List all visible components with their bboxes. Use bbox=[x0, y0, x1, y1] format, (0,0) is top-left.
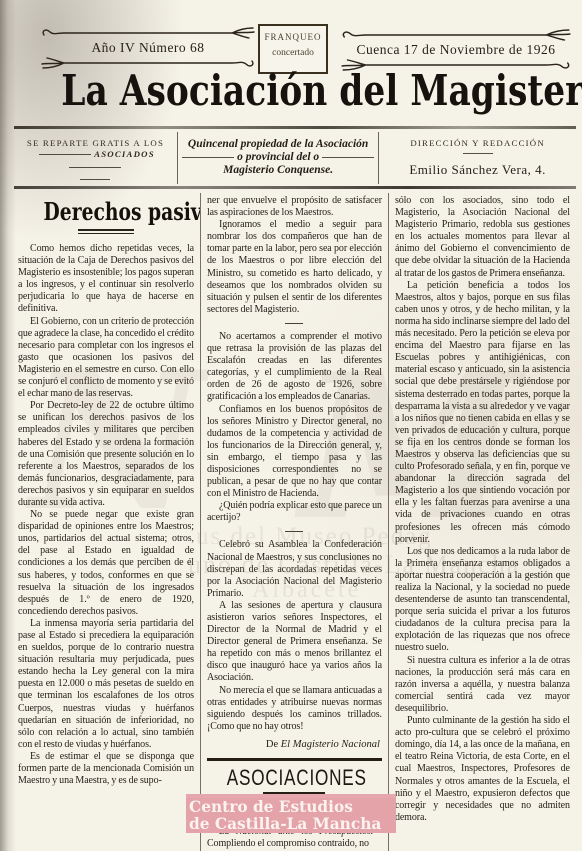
subtitle-line-1: Quincenal propiedad de la Asociación bbox=[178, 138, 378, 151]
decorative-dash bbox=[182, 157, 234, 158]
direction-box: DIRECCIÓN Y REDACCIÓN Emilio Sánchez Ver… bbox=[379, 132, 576, 184]
newspaper-title: La Asociación del Magisterio bbox=[61, 66, 582, 115]
article-paragraph: No acertamos a comprender el motivo que … bbox=[207, 331, 382, 404]
article-paragraph: Punto culminante de la gestión ha sido e… bbox=[395, 715, 570, 824]
flourish-ornament-icon bbox=[340, 28, 572, 41]
decorative-rule bbox=[80, 179, 110, 180]
newspaper-page: Año IV Número 68 FRANQUEO concertado Cue… bbox=[0, 0, 582, 851]
issue-box: Año IV Número 68 bbox=[40, 26, 256, 70]
franking-line-2: concertado bbox=[260, 48, 326, 58]
asociaciones-heading: ASOCIACIONES bbox=[207, 765, 382, 791]
signature-prefix: De bbox=[266, 739, 281, 750]
body-columns: Derechos pasivos Como hemos dicho repeti… bbox=[12, 193, 576, 851]
article-paragraph: El Gobierno, con un criterio de protecci… bbox=[18, 316, 194, 401]
article-paragraph: Es de estimar el que se disponga que for… bbox=[18, 751, 194, 787]
article-paragraph: No merecía el que se llamara anticuadas … bbox=[207, 685, 382, 733]
masthead: La Asociación del Magisterio bbox=[0, 66, 582, 115]
column-1: Derechos pasivos Como hemos dicho repeti… bbox=[12, 193, 200, 851]
article-paragraph: Si nuestra cultura es inferior a la de o… bbox=[395, 655, 570, 715]
signature-source: El Magisterio Nacional bbox=[281, 739, 380, 750]
article-paragraph: A las sesiones de apertura y clausura as… bbox=[207, 600, 382, 685]
article-paragraph: ner que envuelve el propósito de satisfa… bbox=[207, 195, 382, 219]
editor-address: Emilio Sánchez Vera, 4. bbox=[379, 162, 576, 178]
column-3: sólo con los asociados, sino todo el Mag… bbox=[388, 193, 576, 851]
section-divider bbox=[285, 323, 303, 324]
direction-label: DIRECCIÓN Y REDACCIÓN bbox=[379, 138, 576, 148]
lead-text: Compliendo el compromiso contraido, no bbox=[207, 838, 369, 849]
article-paragraph: Como hemos dicho repetidas veces, la sit… bbox=[18, 243, 194, 316]
article-paragraph: No se puede negar que existe gran dispar… bbox=[18, 509, 194, 618]
article-paragraph: Confiamos en los buenos propósitos de lo… bbox=[207, 404, 382, 501]
distribution-line-2-text: ASOCIADOS bbox=[94, 149, 155, 159]
article-headline-text: Derechos pasivos bbox=[44, 197, 200, 226]
asociaciones-heading-text: ASOCIACIONES bbox=[227, 765, 367, 791]
article-signature: De El Magisterio Nacional bbox=[207, 739, 380, 750]
column-2: ner que envuelve el propósito de satisfa… bbox=[200, 193, 388, 851]
flourish-ornament-icon bbox=[40, 26, 256, 39]
section-divider bbox=[285, 531, 303, 532]
distribution-line-1: SE REPARTE GRATIS A LOS bbox=[14, 138, 177, 148]
decorative-dash bbox=[322, 157, 374, 158]
subtitle-box: Quincenal propiedad de la Asociación o p… bbox=[177, 132, 379, 184]
article-paragraph: Por Decreto-ley de 22 de octubre último … bbox=[18, 400, 194, 509]
section-rule bbox=[207, 758, 382, 761]
article-paragraph: Celebró su Asamblea la Confederación Nac… bbox=[207, 539, 382, 599]
decorative-rule bbox=[463, 153, 493, 154]
issue-label: Año IV Número 68 bbox=[40, 39, 256, 57]
article-paragraph: La inmensa mayoría seria partidaria del … bbox=[18, 618, 194, 751]
headline-underline bbox=[78, 229, 134, 234]
article-paragraph: Ignoramos el medio a seguir para nombrar… bbox=[207, 219, 382, 316]
archive-stamp-line-2: de Castilla-La Mancha bbox=[189, 816, 385, 833]
horizontal-rule bbox=[14, 126, 576, 129]
article-paragraph: Los que nos dedicamos a la ruda labor de… bbox=[395, 546, 570, 655]
subtitle-line-3: Magisterio Conquense. bbox=[178, 164, 378, 177]
dateline: Cuenca 17 de Noviembre de 1926 bbox=[340, 41, 572, 59]
article-paragraph: ¿Quién podría explicar esto que parece u… bbox=[207, 500, 382, 524]
article-headline: Derechos pasivos bbox=[18, 197, 194, 226]
subtitle-line-2: o provincial del o bbox=[178, 151, 378, 164]
article-paragraph: sólo con los asociados, sino todo el Mag… bbox=[395, 195, 570, 280]
infobar: SE REPARTE GRATIS A LOS ASOCIADOS Quince… bbox=[14, 132, 576, 184]
decorative-dash bbox=[69, 167, 121, 168]
article-paragraph: La petición beneficia a todos los Maestr… bbox=[395, 280, 570, 546]
subtitle-line-2-text: provincial del bbox=[246, 151, 311, 163]
distribution-line-2: ASOCIADOS bbox=[14, 148, 177, 174]
franking-line-1: FRANQUEO bbox=[260, 32, 326, 42]
archive-stamp: Centro de Estudios de Castilla-La Mancha bbox=[186, 794, 396, 833]
distribution-note: SE REPARTE GRATIS A LOS ASOCIADOS bbox=[14, 132, 177, 184]
horizontal-rule bbox=[14, 186, 576, 189]
decorative-dash bbox=[39, 154, 91, 155]
